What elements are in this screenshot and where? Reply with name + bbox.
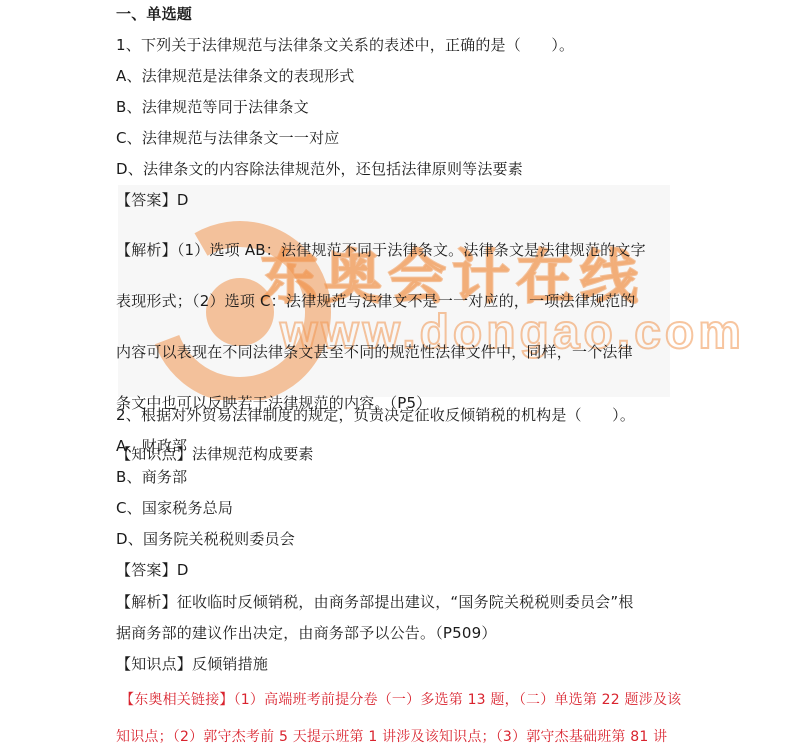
related-links-line-2[interactable]: 知识点；（2）郭守杰考前 5 天提示班第 1 讲涉及该知识点；（3）郭守杰基础班…: [116, 727, 667, 747]
question-2-option-d: D、国务院关税税则委员会: [116, 529, 295, 549]
section-title: 一、单选题: [116, 4, 192, 24]
related-links-label: 【东奥相关链接】: [120, 692, 234, 708]
question-1-analysis-line-2: 表现形式；（2）选项 C：法律规范与法律文不是一一对应的，一项法律规范的: [116, 291, 785, 311]
question-1-knowledge: 【知识点】法律规范构成要素: [116, 444, 785, 464]
knowledge-label: 【知识点】: [116, 655, 192, 673]
question-1-stem: 1、下列关于法律规范与法律条文关系的表述中，正确的是（ ）。: [116, 35, 574, 55]
question-2-analysis-line-1: 【解析】征收临时反倾销税，由商务部提出建议，“国务院关税税则委员会”根: [116, 592, 634, 612]
related-links-text[interactable]: （1）高端班考前提分卷（一）多选第 13 题，（二）单选第 22 题涉及该: [234, 692, 682, 708]
knowledge-value: 法律规范构成要素: [192, 445, 314, 463]
answer-label: 【答案】: [116, 191, 177, 209]
question-2-knowledge: 【知识点】反倾销措施: [116, 654, 268, 674]
question-1-option-b: B、法律规范等同于法律条文: [116, 97, 309, 117]
answer-value: D: [177, 561, 189, 579]
related-links-line-1: 【东奥相关链接】（1）高端班考前提分卷（一）多选第 13 题，（二）单选第 22…: [120, 690, 681, 710]
knowledge-label: 【知识点】: [116, 445, 192, 463]
question-1-option-c: C、法律规范与法律条文一一对应: [116, 128, 339, 148]
analysis-text: （1）选项 AB：法律规范不同于法律条文。法律条文是法律规范的文字: [177, 241, 646, 259]
question-2-answer: 【答案】D: [116, 560, 189, 580]
analysis-label: 【解析】: [116, 241, 177, 259]
knowledge-value: 反倾销措施: [192, 655, 268, 673]
question-2-option-c: C、国家税务总局: [116, 498, 233, 518]
answer-label: 【答案】: [116, 561, 177, 579]
answer-value: D: [177, 191, 189, 209]
question-1-answer: 【答案】D: [116, 190, 785, 210]
question-2-option-b: B、商务部: [116, 467, 187, 487]
question-1-analysis-line-4: 条文中也可以反映若干法律规范的内容。（P5）: [116, 393, 785, 413]
question-1-option-d: D、法律条文的内容除法律规范外，还包括法律原则等法要素: [116, 159, 523, 179]
analysis-label: 【解析】: [116, 593, 177, 611]
question-1-analysis-line-3: 内容可以表现在不同法律条文甚至不同的规范性法律文件中，同样，一个法律: [116, 342, 785, 362]
question-2-analysis-line-2: 据商务部的建议作出决定，由商务部予以公告。（P509）: [116, 623, 497, 643]
question-1-analysis-line-1: 【解析】（1）选项 AB：法律规范不同于法律条文。法律条文是法律规范的文字: [116, 240, 785, 260]
question-1-option-a: A、法律规范是法律条文的表现形式: [116, 66, 354, 86]
document-page: 一、单选题 1、下列关于法律规范与法律条文关系的表述中，正确的是（ ）。 A、法…: [0, 0, 785, 750]
analysis-text: 征收临时反倾销税，由商务部提出建议，“国务院关税税则委员会”根: [177, 593, 634, 611]
